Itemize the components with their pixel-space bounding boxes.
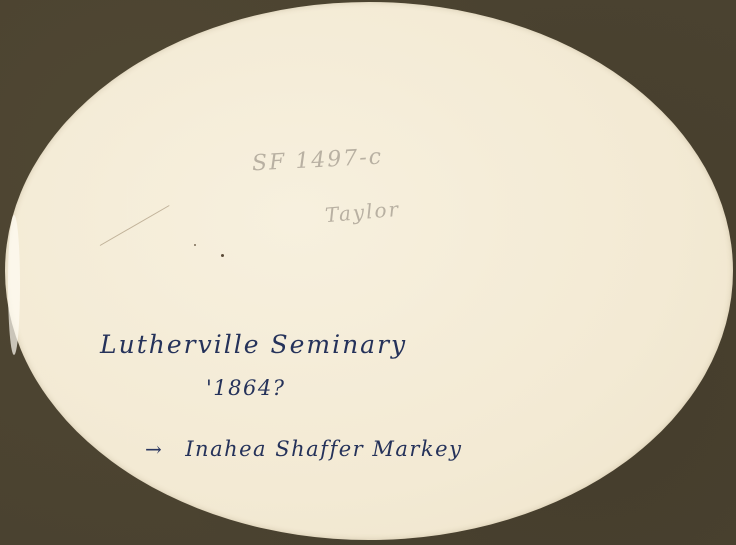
paper-edge-highlight (8, 215, 20, 355)
arrow-right-icon: → (145, 437, 163, 461)
location-annotation: Lutherville Seminary (100, 330, 407, 359)
paper-spot (194, 244, 196, 246)
paper-spot (221, 254, 224, 257)
person-name: Inahea Shaffer Markey (185, 437, 462, 461)
year-annotation: '1864? (206, 376, 285, 400)
person-annotation-line: → Inahea Shaffer Markey (145, 437, 462, 461)
photo-mount-background: SF 1497-c Taylor Lutherville Seminary '1… (0, 0, 736, 545)
